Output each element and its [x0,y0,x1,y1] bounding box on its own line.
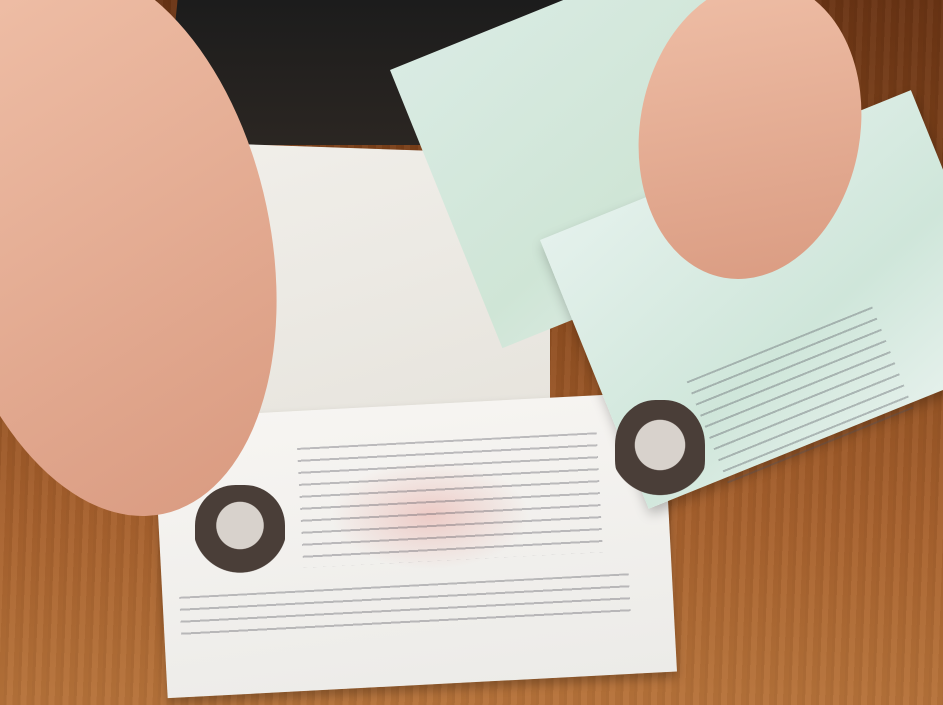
photo-scene [0,0,943,705]
left-portrait-photo [195,485,285,575]
left-passport-fields [297,432,603,568]
right-portrait-photo [615,400,705,500]
